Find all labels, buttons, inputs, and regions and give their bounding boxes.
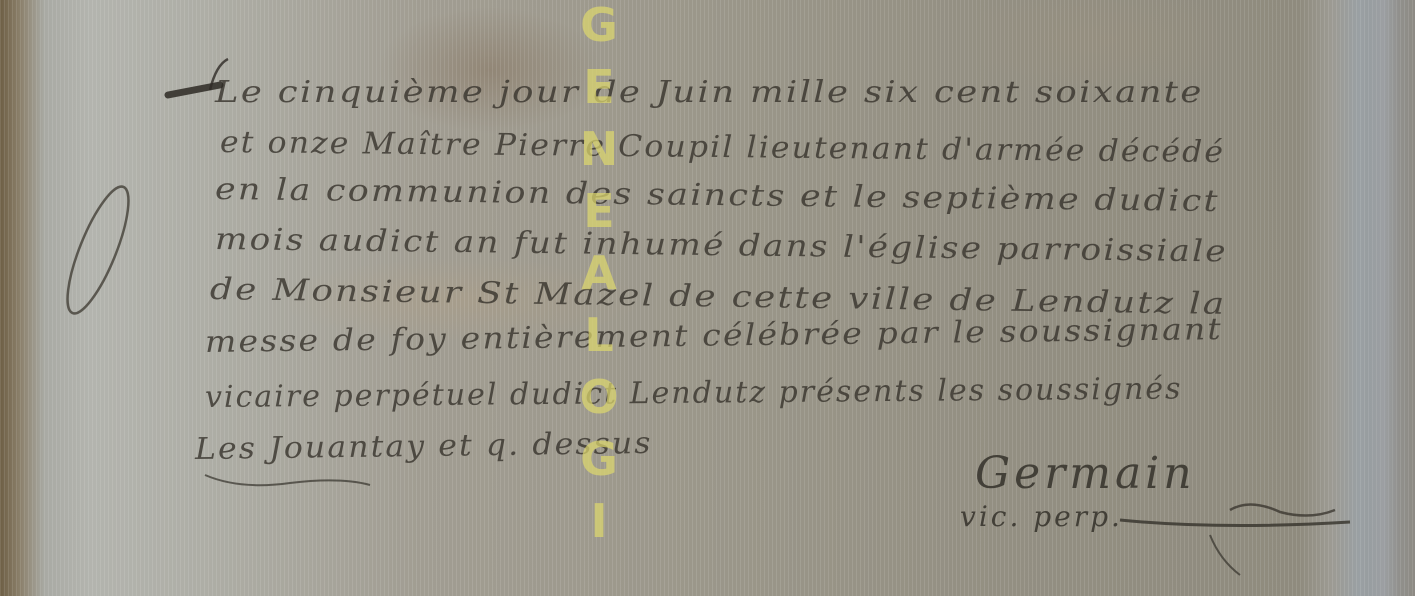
- watermark-letter: G: [580, 0, 618, 56]
- watermark-letter: L: [584, 304, 613, 366]
- watermark-letter: O: [579, 366, 618, 428]
- genealogie-watermark: G E N E A L O G I: [576, 0, 622, 552]
- manuscript-line-6: messe de foy entièrement célébrée par le…: [205, 312, 1223, 360]
- watermark-letter: N: [580, 118, 619, 180]
- manuscript-line-3: en la communion des saincts et le septiè…: [215, 172, 1220, 219]
- watermark-letter: I: [590, 490, 607, 552]
- manuscript-line-2: et onze Maître Pierre Coupil lieutenant …: [220, 125, 1226, 170]
- manuscript-text: Le cinquième jour de Juin mille six cent…: [0, 0, 1415, 596]
- initial-flourish: [160, 55, 240, 115]
- manuscript-line-1: Le cinquième jour de Juin mille six cent…: [215, 75, 1204, 110]
- watermark-letter: E: [583, 180, 614, 242]
- line-end-flourish: [200, 455, 380, 500]
- signature-flourish: [1110, 490, 1370, 580]
- watermark-letter: G: [580, 428, 618, 490]
- manuscript-line-4: mois audict an fut inhumé dans l'église …: [215, 222, 1228, 269]
- watermark-letter: E: [583, 56, 614, 118]
- watermark-letter: A: [581, 242, 617, 304]
- manuscript-line-7: vicaire perpétuel dudict Lendutz présent…: [205, 371, 1183, 415]
- signature-title: vic. perp.: [960, 500, 1123, 533]
